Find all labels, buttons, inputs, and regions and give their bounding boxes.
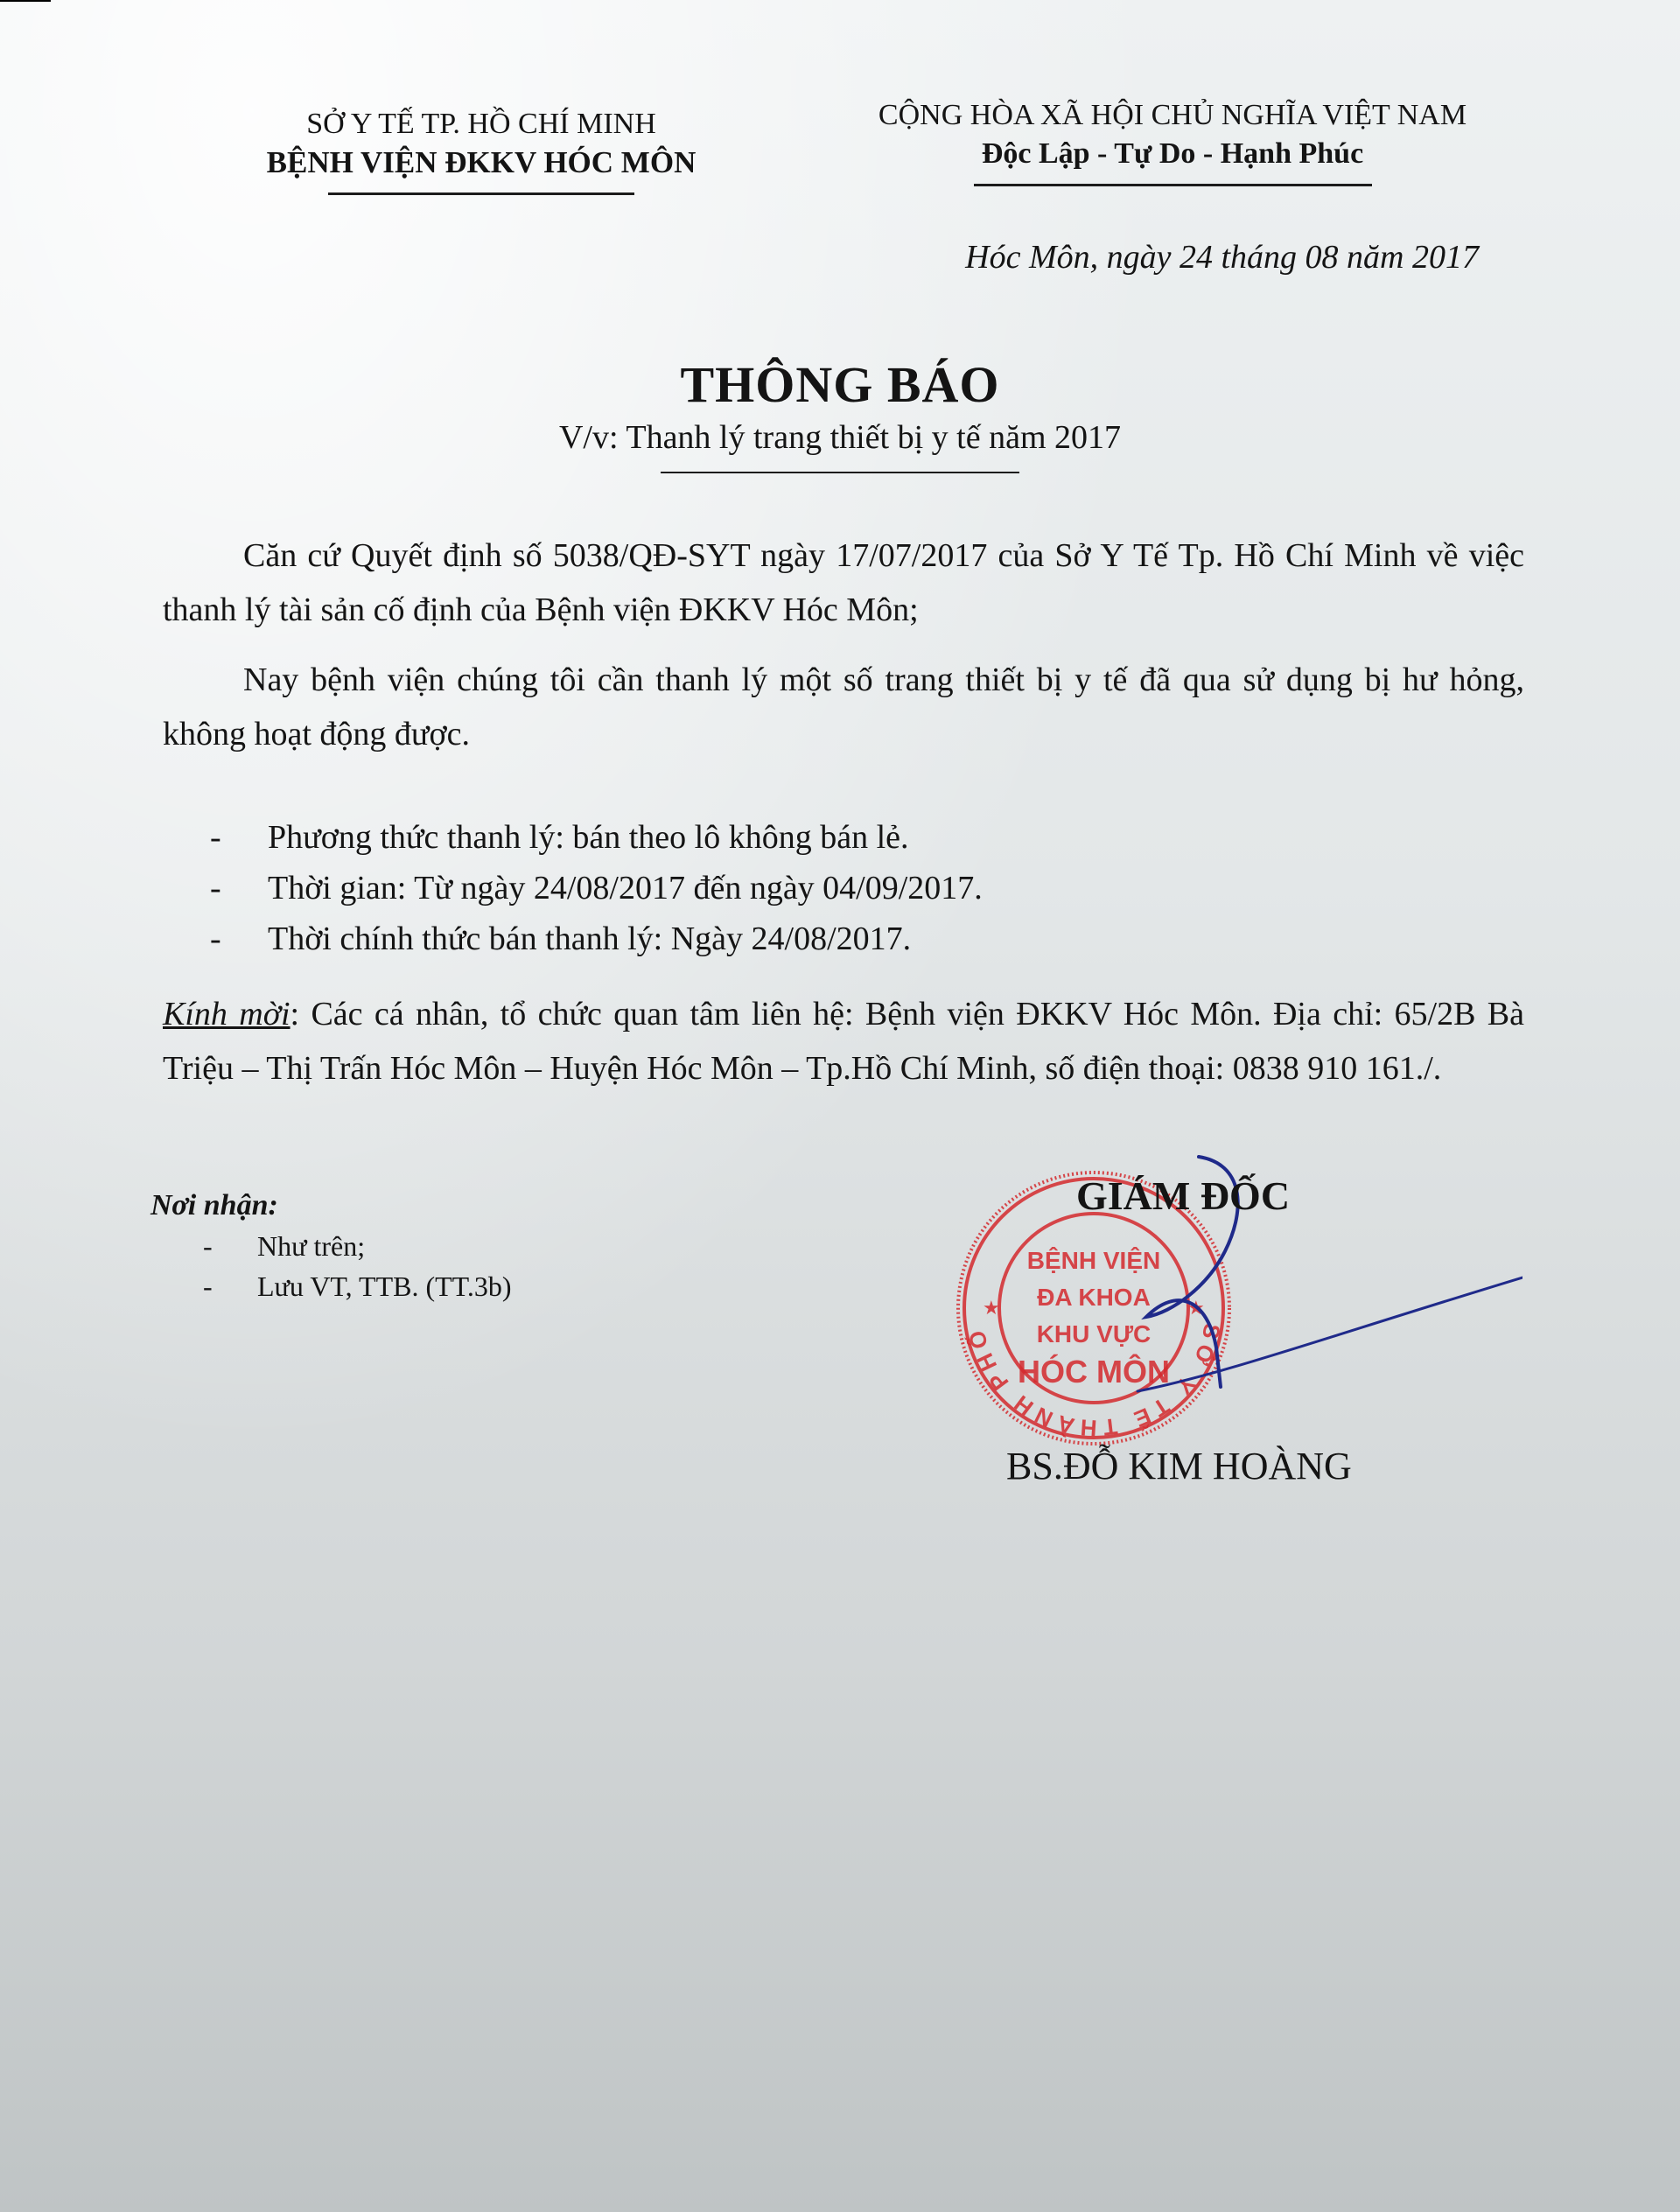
header-national: CỘNG HÒA XÃ HỘI CHỦ NGHĨA VIỆT NAM Độc L… [822,96,1522,186]
recipients-label: Nơi nhận: [150,1186,675,1226]
bullet-dash: - [210,863,268,913]
recipient-text: Như trên; [257,1226,365,1266]
signatory-title: GIÁM ĐỐC [1076,1172,1339,1219]
paper-background [0,0,1680,2212]
scan-edge-mark [0,0,51,2]
recipients: Nơi nhận: - Như trên; - Lưu VT, TTB. (TT… [150,1186,675,1306]
national-title: CỘNG HÒA XÃ HỘI CHỦ NGHĨA VIỆT NAM [822,96,1522,135]
list-item-text: Thời gian: Từ ngày 24/08/2017 đến ngày 0… [268,863,983,913]
bullet-dash: - [210,913,268,964]
recipient-item: - Lưu VT, TTB. (TT.3b) [150,1266,675,1306]
list-item: - Phương thức thanh lý: bán theo lô khôn… [210,812,1347,863]
invitation-text: : Các cá nhân, tổ chức quan tâm liên hệ:… [163,996,1524,1087]
list-item: - Thời gian: Từ ngày 24/08/2017 đến ngày… [210,863,1347,913]
body: Căn cứ Quyết định số 5038/QĐ-SYT ngày 17… [163,528,1524,777]
list-item: - Thời chính thức bán thanh lý: Ngày 24/… [210,913,1347,964]
invitation: Kính mời: Các cá nhân, tổ chức quan tâm … [163,987,1524,1095]
recipient-item: - Như trên; [150,1226,675,1266]
motto-underline [974,184,1372,186]
header-issuer: SỞ Y TẾ TP. HỒ CHÍ MINH BỆNH VIỆN ĐKKV H… [219,105,744,195]
subject-underline [661,472,1019,473]
place-date: Hóc Môn, ngày 24 tháng 08 năm 2017 [857,238,1479,276]
national-motto: Độc Lập - Tự Do - Hạnh Phúc [822,135,1522,173]
recipient-text: Lưu VT, TTB. (TT.3b) [257,1266,511,1306]
document-subject: V/v: Thanh lý trang thiết bị y tế năm 20… [402,416,1277,459]
paragraph-need: Nay bệnh viện chúng tôi cần thanh lý một… [163,653,1524,761]
signatory-name: BS.ĐỖ KIM HOÀNG [1006,1444,1444,1488]
issuer-department: SỞ Y TẾ TP. HỒ CHÍ MINH [219,105,744,143]
list-item-text: Phương thức thanh lý: bán theo lô không … [268,812,909,863]
paragraph-basis: Căn cứ Quyết định số 5038/QĐ-SYT ngày 17… [163,528,1524,637]
bullet-dash: - [210,812,268,863]
title-block: THÔNG BÁO V/v: Thanh lý trang thiết bị y… [402,354,1277,473]
issuer-hospital: BỆNH VIỆN ĐKKV HÓC MÔN [219,143,744,182]
details-list: - Phương thức thanh lý: bán theo lô khôn… [210,812,1347,964]
svg-text:★: ★ [983,1297,1000,1319]
invitation-label: Kính mời [163,996,290,1032]
issuer-underline [328,192,634,195]
list-item-text: Thời chính thức bán thanh lý: Ngày 24/08… [268,913,911,964]
bullet-dash: - [203,1226,257,1266]
document-title: THÔNG BÁO [402,354,1277,416]
bullet-dash: - [203,1266,257,1306]
